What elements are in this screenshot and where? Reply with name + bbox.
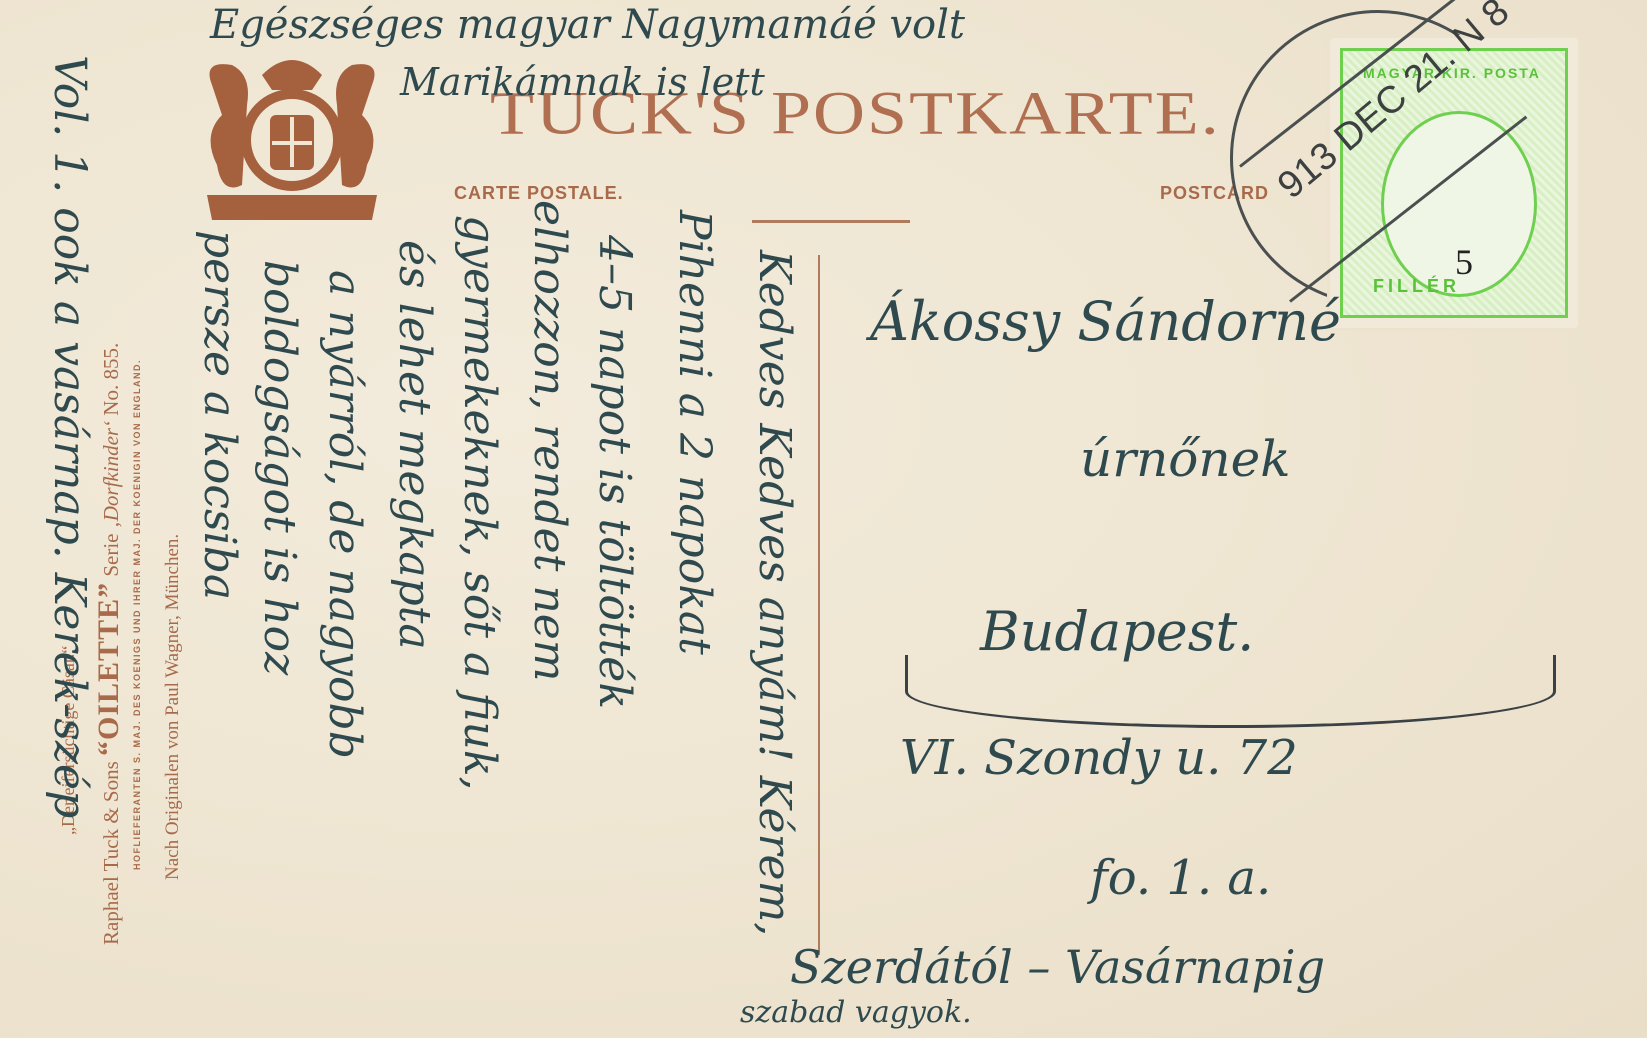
postage-stamp: MAGYAR KIR. POSTA 5 FILLÉR (1330, 38, 1578, 328)
imprint-warrant: HOFLIEFERANTEN S. MAJ. DES KOENIGS UND I… (132, 359, 142, 870)
message-column: gyermekeknek, sőt a fiuk, (454, 215, 505, 791)
address-honorific: úrnőnek (1080, 430, 1291, 488)
message-column: a nyárról, de nagyobb (319, 270, 370, 759)
handwritten-top-line-1: Egészséges magyar Nagymamáé volt (210, 2, 965, 48)
message-column: Kedves Kedves anyám! Kérem, (749, 250, 800, 936)
stamp-area-divider (752, 220, 910, 223)
imprint-series-name: “OILETTE” (92, 582, 125, 756)
address-floor: fo. 1. a. (1090, 850, 1271, 906)
coat-of-arms-icon (192, 45, 392, 225)
imprint-publisher: Raphael Tuck & Sons (99, 761, 123, 945)
message-column: és lehet megkapta (389, 240, 440, 650)
handwritten-left-margin: Vol. 1. ook a vasárnap. Kerek-szép (44, 55, 95, 818)
address-name: Ákossy Sándorné (870, 290, 1341, 353)
underline-flourish (905, 655, 1556, 728)
imprint-series: Raphael Tuck & Sons “OILETTE” Serie ‚Dor… (92, 343, 126, 945)
postcard-back: TUCK'S POSTKARTE. CARTE POSTALE. POSTCAR… (0, 0, 1647, 1038)
imprint-series-word: Serie (99, 534, 123, 577)
imprint-artist: Nach Originalen von Paul Wagner, München… (162, 534, 184, 880)
stamp-unit: FILLÉR (1373, 276, 1460, 297)
address-city: Budapest. (980, 600, 1254, 663)
address-street: VI. Szondy u. 72 (900, 730, 1298, 786)
imprint-series-sub: ‚Dorfkinder‘ (99, 421, 123, 528)
handwritten-top-line-2: Marikámnak is lett (400, 60, 765, 104)
message-column: 4–5 napot is töltötték (589, 235, 640, 709)
imprint-series-number: No. 855. (99, 343, 123, 416)
message-column: Pihenni a 2 napokat (669, 210, 720, 655)
address-note-2: szabad vagyok. (740, 995, 972, 1030)
address-note: Szerdától – Vasárnapig (790, 940, 1325, 994)
center-divider (818, 255, 820, 955)
message-column: elhozzon, rendet nem (524, 200, 575, 682)
message-column: persze a kocsiba (194, 230, 245, 600)
message-column: boldogságot is hoz (254, 260, 305, 675)
